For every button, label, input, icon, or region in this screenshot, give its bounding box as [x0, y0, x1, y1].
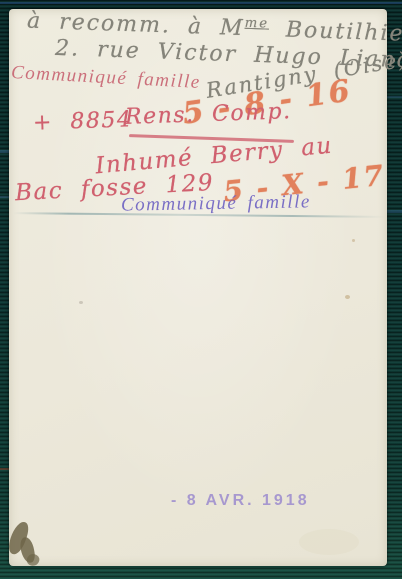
recipient-superscript: me — [244, 16, 269, 32]
scanline-streak — [386, 210, 402, 213]
scanline-streak — [0, 468, 9, 470]
foxing-spot — [345, 295, 350, 299]
date-received-stamp: - 8 AVR. 1918 — [171, 492, 310, 510]
archive-card: à recomm. à Mme Boutilhier 2. rue Victor… — [9, 9, 387, 566]
foxing-spot — [79, 301, 83, 304]
rens-comp-note: Rens. Comp. — [125, 99, 292, 130]
reference-number: + 8854 — [33, 107, 133, 135]
paper-stain — [299, 529, 359, 555]
foxing-spot — [352, 239, 355, 242]
scanline-streak — [386, 96, 402, 98]
recipient-text-post: Boutilhier — [268, 17, 402, 47]
scanned-card-back: à recomm. à Mme Boutilhier 2. rue Victor… — [0, 0, 402, 579]
family-notified-stamp-pink: Communiqué famille — [11, 62, 202, 94]
scanline-streak — [0, 2, 402, 4]
